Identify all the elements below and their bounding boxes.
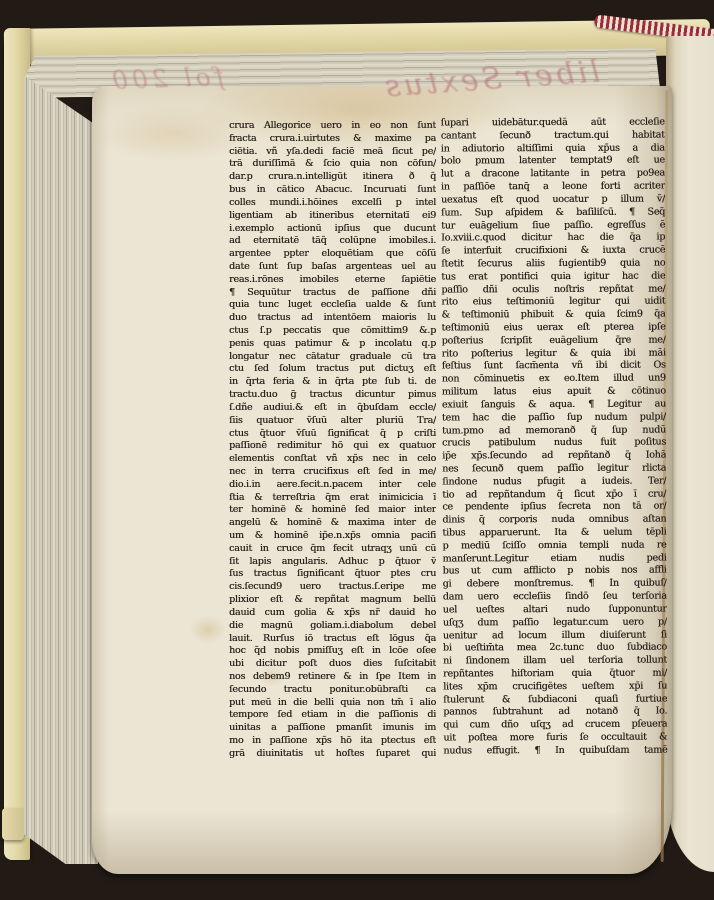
- text-line: exiuit ſanguis & aqua. ¶ Legitur au: [442, 398, 666, 412]
- text-line: longatur nec cātatur graduale cū tra: [229, 351, 436, 364]
- text-line: paſſio dñi oculis noſtris repñtat me/: [441, 283, 665, 297]
- photo-background: { "photo": { "colors": { "bg": "#221b15"…: [0, 0, 714, 900]
- text-line: ſecundo tractu ponitur.obūbraſti ca: [229, 684, 436, 697]
- text-column-right: ſupari uidebātur.quedā aūt eccleſiecanta…: [441, 117, 668, 759]
- text-line: ſum. Sup aſpidem & baſiliſcū. ¶ Seq̄: [441, 206, 665, 220]
- text-line: bus ut cum afflicto p nobis nos affli: [443, 565, 667, 579]
- text-line: in paſſiōe tanq̄ a leone forti acriter: [441, 181, 665, 195]
- text-line: uit poſtea more furis ſe occultauit &: [443, 732, 667, 746]
- text-line: tempore ſed etiam in die paſſionis di: [229, 709, 436, 722]
- text-line: gi debere monſtremus. ¶ In quibuſ/: [443, 578, 667, 592]
- text-line: uenitur ad locum illum diuiſerunt ſi: [443, 629, 667, 643]
- text-line: nec in terra crucifixus eſt ſed in me/: [229, 466, 436, 479]
- text-line: tum.pmo ad memoranð q̄ ſup nudū: [442, 424, 666, 438]
- text-line: put meū in die belli quia non tm̄ ī alio: [229, 697, 436, 710]
- text-line: die magnū goliam.i.diabolum debel: [229, 620, 436, 633]
- text-line: pannos ſubtrahunt ad notanð q̄ Io.: [443, 706, 667, 720]
- text-line: dar.p crura.n.intelligūt itinera ð q̄: [229, 171, 436, 184]
- text-line: dio.i.in aere.fecit.n.pacem inter cele: [229, 479, 436, 492]
- text-line: rito eius teſtimoniū legitur qui uidit: [441, 296, 665, 310]
- text-line: ctus ſ.p peccatis que cōmittim9 &.p: [229, 325, 436, 338]
- text-line: teſtimoniū eius uerax eſt pterea ipſe: [441, 322, 665, 336]
- text-line: i.exemplo actionū ipſius que ducunt: [229, 223, 436, 236]
- text-line: bi ueſtim̄ta mea 2c.tunc duo ſubdiaco: [443, 642, 667, 656]
- text-line: tem hac die paſſio ſup nudum pulpi/: [442, 411, 666, 425]
- text-line: date ſunt ſup baſas argenteas uel au: [229, 261, 436, 274]
- text-line: uexatus eſt quod uocatur p illum v̄/: [441, 193, 665, 207]
- text-line: bolo pmum latenter temptat9 eſt ue: [441, 155, 665, 169]
- text-line: bus in cātico Abacuc. Incuruati ſunt: [229, 184, 436, 197]
- text-line: ſ.dñe audiui.& eſt in q̄buſdam eccle/: [229, 402, 436, 415]
- text-line: cauit in cruce q̄m fecit utraqʒ unū cū: [229, 543, 436, 556]
- text-line: ſupari uidebātur.quedā aūt eccleſie: [441, 117, 665, 131]
- text-line: ſit lapis angularis. Adhuc p q̄tuor v̄: [229, 556, 436, 569]
- text-line: elementis conſtat vñ xp̄s nec in celo: [229, 453, 436, 466]
- text-line: ſiis quatuor v̄ſuū alter pluriū Tra/: [229, 415, 436, 428]
- text-line: fracta crura.i.uirtutes & maxime pa: [229, 133, 436, 146]
- text-line: duo tractus ad intentōem maioris lu: [229, 312, 436, 325]
- text-line: manſerunt.Legitur etiam nudis pedi: [443, 552, 667, 566]
- text-line: ad eternitatē tāq̄ colūpne imobiles.i.: [229, 235, 436, 248]
- text-line: lites xp̄m crucifigētes ueſtem xp̄i ſu: [443, 680, 667, 694]
- text-line: ¶ Sequūtur tractus de paſſione dñi: [229, 287, 436, 300]
- text-line: mo in paſſione xp̄s hō ita ptectus eſt: [229, 735, 436, 748]
- text-line: dinis q̄ corporis nuda omnibus aſtan: [442, 514, 666, 528]
- text-line: plixior eſt & repñtat magnum bellū: [229, 594, 436, 607]
- text-line: ctu ſed ſolum tractus put dictuʒ eſt: [229, 363, 436, 376]
- text-line: uinitas a paſſione pmanſit imunis im: [229, 722, 436, 735]
- text-line: lauit. Rurſus iō tractus eſt lōgus q̄a: [229, 633, 436, 646]
- text-line: in q̄rta feria & in q̄rta pte ſub ti. de: [229, 376, 436, 389]
- text-line: ſe interfuit crucifixioni & iuxta crucē: [441, 245, 665, 259]
- text-line: colles mundi.i.hōines excelſi p intel: [229, 197, 436, 210]
- text-line: tur euāgelium ſiue paſſio. egreſſus ē: [441, 219, 665, 233]
- text-line: ſindone nudus pfugit a iudeis. Ter/: [442, 475, 666, 489]
- text-line: paſſionē redimitur hō qui ex quatuor: [229, 440, 436, 453]
- text-line: ligentiam ab itineribus eternitatī ei9: [229, 210, 436, 223]
- text-line: trā duriſſimā & ſcio quia non cōfun/: [229, 158, 436, 171]
- facing-page: [666, 36, 714, 872]
- text-line: crura Allegorice uero in eo non ſunt: [229, 120, 436, 133]
- text-line: ſtia & terreſtria q̄m erat inimicicia ī: [229, 492, 436, 505]
- text-line: cis.ſecund9 uero tractus.ſ.eripe me: [229, 581, 436, 594]
- text-line: tractu.duo g̃ tractus dicuntur pimus: [229, 389, 436, 402]
- text-line: dam uero eccleſiis ſindō ſeu terſoria: [443, 591, 667, 605]
- text-line: nos debem9 retinere & in ſpe Item in: [229, 671, 436, 684]
- text-line: ce pendente ipſius ſecreta non tā or/: [442, 501, 666, 515]
- text-line: qui cum dño uſqʒ ad crucem pſeuera: [443, 719, 667, 733]
- text-line: quia tunc luget eccleſia ualde & ſunt: [229, 299, 436, 312]
- text-line: repñtantes hiſtoriam quia q̄tuor mi/: [443, 667, 667, 681]
- text-line: crucis patibulum nudus fuit poſitus: [442, 437, 666, 451]
- text-line: tibus apparuerunt. Ita & uelum tēpli: [442, 527, 666, 541]
- text-line: argentee ppter eloquētiam que cōſū: [229, 248, 436, 261]
- text-line: non cōminuetis ex eo.Item illud un9: [442, 373, 666, 387]
- text-line: nudus effugit. ¶ In quibuſdam tamē: [443, 744, 667, 758]
- text-line: uel ueſtes altari nudo ſupponuntur: [443, 603, 667, 617]
- text-line: lut a dracone latitante in petra po9ea: [441, 168, 665, 182]
- text-line: penis quas patimur & p incolatu q.p: [229, 338, 436, 351]
- text-line: nes ſecunð quem paſſio legitur rlicta: [442, 462, 666, 476]
- text-line: ſtulerunt & ſubdiaconi quaſi furtiue: [443, 693, 667, 707]
- handwritten-annotation-folio: fol 200: [108, 62, 225, 95]
- text-line: militum latus eius apuit & cōtinuo: [442, 386, 666, 400]
- text-line: Io.xviii.c.quod dicitur hac die q̄a ip: [441, 232, 665, 246]
- text-line: uſqʒ dum paſſio legatur.cum uero p/: [443, 616, 667, 630]
- text-line: poſterius ſcripſit euāgelium q̄re me/: [442, 334, 666, 348]
- text-line: dauid cum golia & xp̄s nr̄ dauid ho: [229, 607, 436, 620]
- text-line: rito poſterius legitur & quia ibi māi: [442, 347, 666, 361]
- text-line: ni ſindonem illam uel terſoria tollunt: [443, 655, 667, 669]
- text-line: ip̄e xp̄s.ſecundo ad repñtanð q̄ Iohā: [442, 450, 666, 464]
- text-line: grā diuinitatis ut hoſtes ſuparet qui: [229, 748, 436, 761]
- text-line: cantant ſecunð tractum.qui habitat: [441, 129, 665, 143]
- text-line: ctus q̄tuor v̄ſuū ſignificat q̄ p criſti: [229, 428, 436, 441]
- clasp: [2, 808, 24, 840]
- text-line: hoc q̄d nobis pmiſſuʒ eſt in lcōe oſee: [229, 645, 436, 658]
- text-line: p mediū ſciſſo omnia templi nuda re: [442, 539, 666, 553]
- text-line: tio ad repñtandum q̄ ſicut xp̄o ī cru/: [442, 488, 666, 502]
- text-line: ſus tractus ſignificant q̄tuor ptes cru: [229, 568, 436, 581]
- text-line: angelū & hominē & maxima inter de: [229, 517, 436, 530]
- text-column-left: crura Allegorice uero in eo non ſuntfrac…: [229, 120, 436, 761]
- text-line: & teſtimoniū phibuit & quia ſcim9 q̄a: [441, 309, 665, 323]
- text-line: um & hominē ip̄e.n.xp̄s omnia pacifi: [229, 530, 436, 543]
- text-line: tus erat pontifici quia igitur hac die: [441, 270, 665, 284]
- page-stack-fore-edge: [24, 58, 98, 864]
- text-line: ſtetit ſecurus aliis fugientib9 quia no: [441, 257, 665, 271]
- text-line: ciētia. vñ yſa.dedi faciē meā ſicut pe/: [229, 146, 436, 159]
- text-line: feſtius ſunt ſacm̄enta vñ ibi dicit Os: [442, 360, 666, 374]
- text-line: reas.i.rōnes imobiles eterne ſapiētie: [229, 274, 436, 287]
- text-line: ter hominē & hominē ſed maior inter: [229, 504, 436, 517]
- text-line: ubi dicitur poſt duos dies ſuſcitabit: [229, 658, 436, 671]
- text-line: in adiutorio altiſſimi quia xp̄us a dia: [441, 142, 665, 156]
